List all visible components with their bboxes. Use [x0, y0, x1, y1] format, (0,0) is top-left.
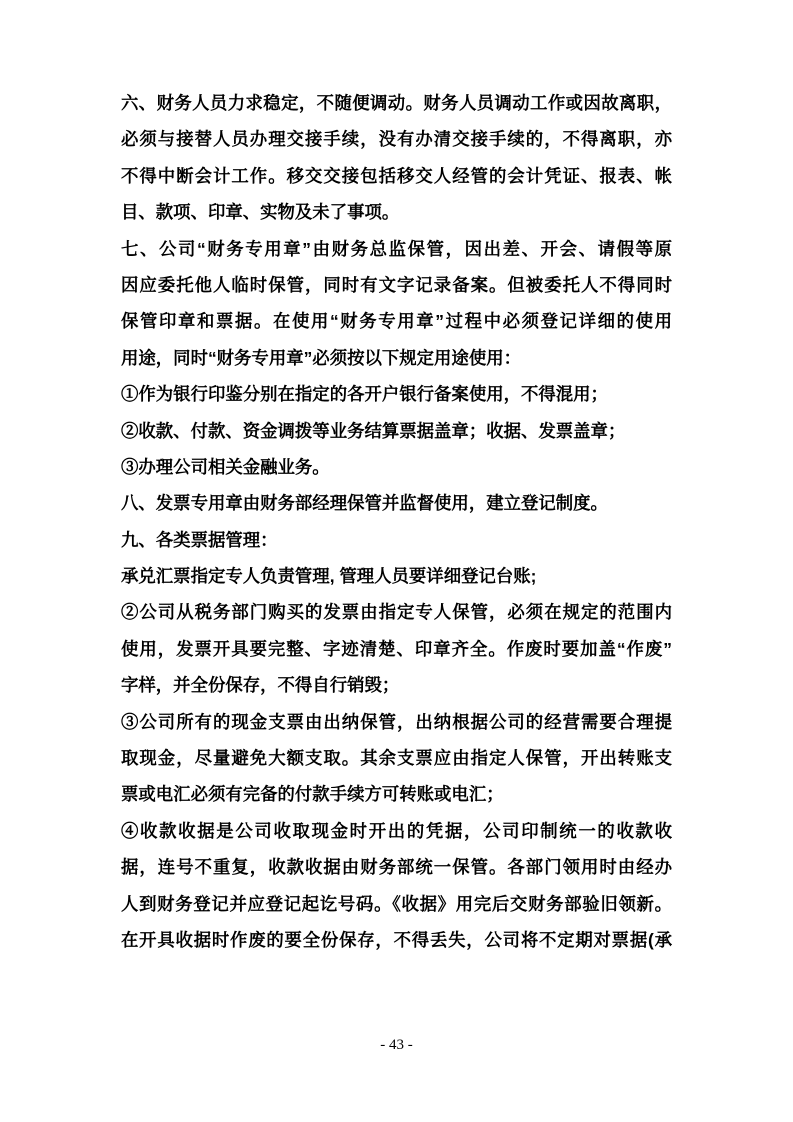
text-line: ④收款收据是公司收取现金时开出的凭据，公司印制统一的收款收 — [121, 813, 672, 849]
text-line: ③办理公司相关金融业务。 — [121, 449, 672, 485]
text-line: 保管印章和票据。在使用“财务专用章”过程中必须登记详细的使用 — [121, 303, 672, 339]
body-text: 六、财务人员力求稳定，不随便调动。财务人员调动工作或因故离职，必须与接替人员办理… — [121, 85, 672, 958]
page-footer: - 43 - — [0, 1036, 793, 1054]
text-line: ①作为银行印鉴分别在指定的各开户银行备案使用，不得混用； — [121, 376, 672, 412]
text-line: 八、发票专用章由财务部经理保管并监督使用，建立登记制度。 — [121, 485, 672, 521]
page-number: - 43 - — [380, 1037, 413, 1053]
text-line: 必须与接替人员办理交接手续，没有办清交接手续的，不得离职，亦 — [121, 121, 672, 157]
text-line: 使用，发票开具要完整、字迹清楚、印章齐全。作废时要加盖“作废” — [121, 631, 672, 667]
text-line: ②收款、付款、资金调拨等业务结算票据盖章；收据、发票盖章； — [121, 413, 672, 449]
text-line: 不得中断会计工作。移交交接包括移交人经管的会计凭证、报表、帐 — [121, 158, 672, 194]
text-line: 九、各类票据管理： — [121, 522, 672, 558]
text-line: ②公司从税务部门购买的发票由指定专人保管，必须在规定的范围内 — [121, 594, 672, 630]
text-line: 用途，同时“财务专用章”必须按以下规定用途使用： — [121, 340, 672, 376]
text-line: 字样，并全份保存，不得自行销毁； — [121, 667, 672, 703]
document-page: 六、财务人员力求稳定，不随便调动。财务人员调动工作或因故离职，必须与接替人员办理… — [0, 0, 793, 1122]
text-line: 因应委托他人临时保管，同时有文字记录备案。但被委托人不得同时 — [121, 267, 672, 303]
text-line: 取现金，尽量避免大额支取。其余支票应由指定人保管，开出转账支 — [121, 740, 672, 776]
text-line: 承兑汇票指定专人负责管理, 管理人员要详细登记台账; — [121, 558, 672, 594]
text-line: 据，连号不重复，收款收据由财务部统一保管。各部门领用时由经办 — [121, 849, 672, 885]
text-line: 目、款项、印章、实物及未了事项。 — [121, 194, 672, 230]
text-line: 六、财务人员力求稳定，不随便调动。财务人员调动工作或因故离职， — [121, 85, 672, 121]
text-line: 在开具收据时作废的要全份保存，不得丢失，公司将不定期对票据(承 — [121, 922, 672, 958]
text-line: ③公司所有的现金支票由出纳保管，出纳根据公司的经营需要合理提 — [121, 704, 672, 740]
text-line: 人到财务登记并应登记起讫号码。《收据》用完后交财务部验旧领新。 — [121, 886, 672, 922]
text-line: 票或电汇必须有完备的付款手续方可转账或电汇； — [121, 776, 672, 812]
text-line: 七、公司“财务专用章”由财务总监保管，因出差、开会、请假等原 — [121, 231, 672, 267]
